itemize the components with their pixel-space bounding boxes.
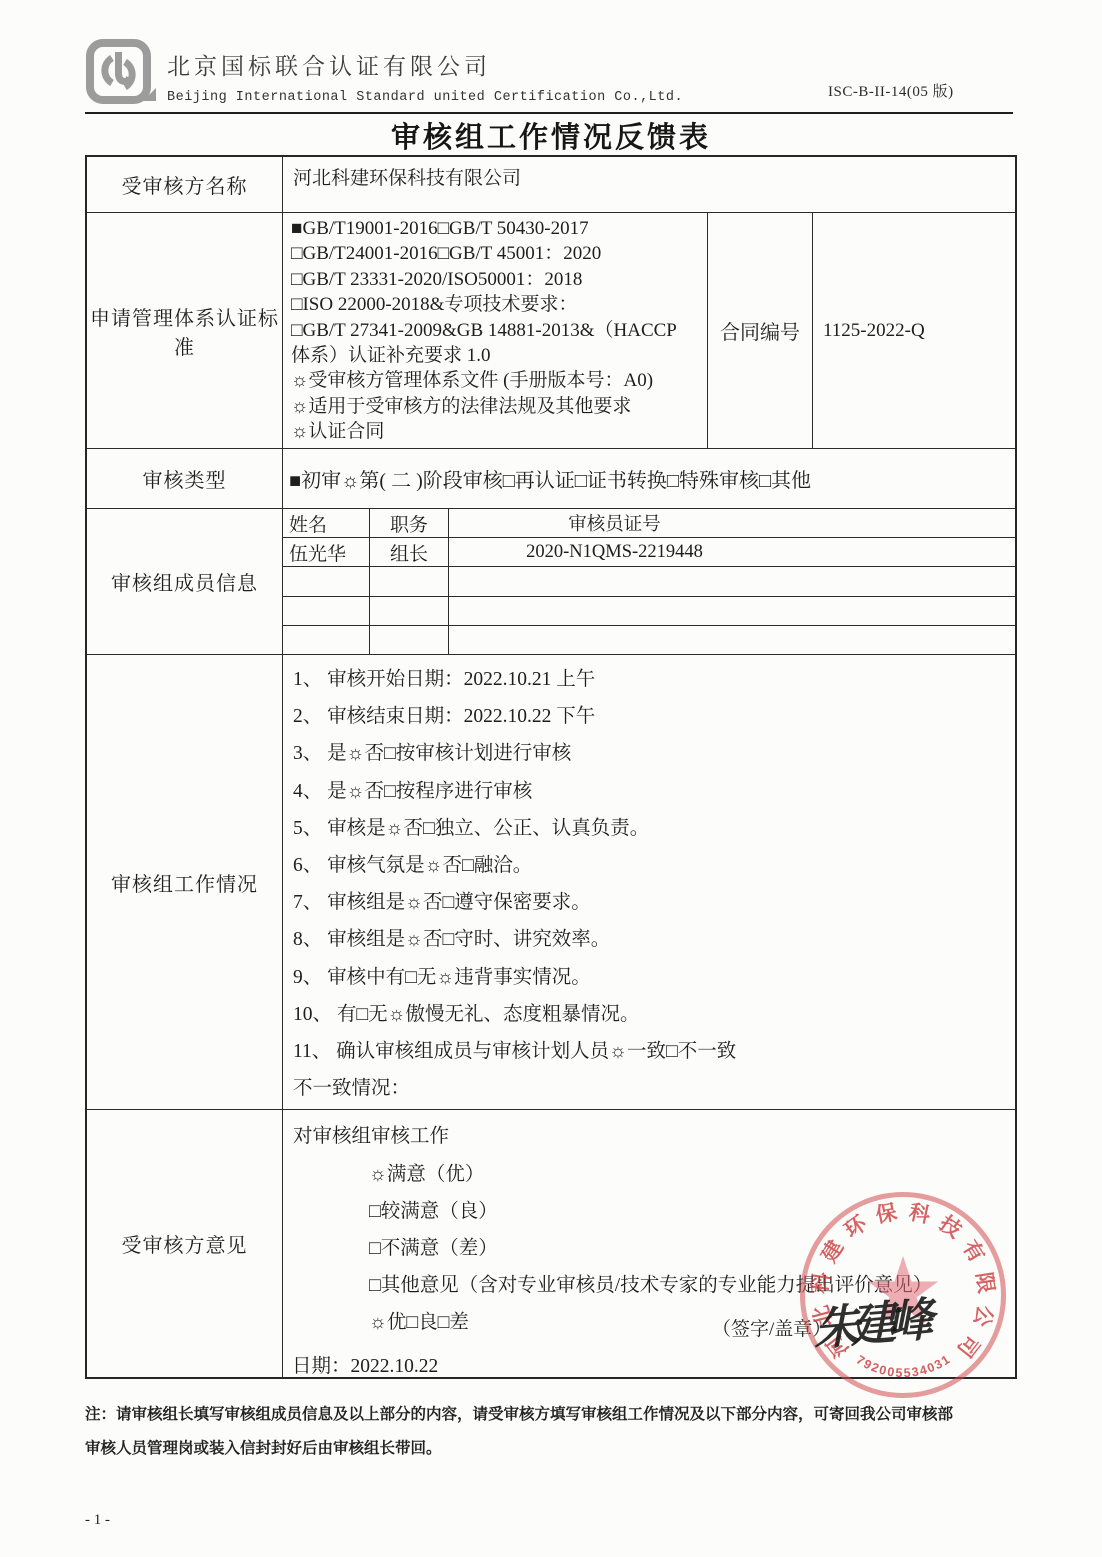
member-duty [370,597,449,625]
member-duty [370,567,449,595]
audit-type-label: 审核类型 [87,449,283,508]
member-cert [449,567,1015,595]
work-item: 3、 是☼否□按审核计划进行审核 [293,735,1015,772]
page-number: - 1 - [85,1512,110,1529]
work-item: 6、 审核气氛是☼否□融洽。 [293,847,1015,884]
standards-line: ☼认证合同 [291,419,707,444]
members-header-name: 姓名 [283,509,370,537]
member-name: 伍光华 [283,538,370,566]
standards-line: □GB/T 27341-2009&GB 14881-2013&（HACCP [291,318,707,343]
row-work: 审核组工作情况 1、 审核开始日期：2022.10.21 上午 2、 审核结束日… [87,654,1015,1109]
work-item: 8、 审核组是☼否□守时、讲究效率。 [293,921,1015,958]
page-title: 审核组工作情况反馈表 [0,115,1102,156]
company-name-en: Beijing International Standard united Ce… [167,90,683,105]
table-row [283,625,1015,654]
member-duty [370,626,449,654]
member-name [283,626,370,654]
members-label: 审核组成员信息 [87,509,283,654]
standards-line: ■GB/T19001-2016□GB/T 50430-2017 [291,216,707,241]
standards-line: □GB/T 23331-2020/ISO50001：2018 [291,267,707,292]
document-page: 北京国标联合认证有限公司 Beijing International Stand… [0,0,1102,1557]
opinion-heading: 对审核组审核工作 [283,1110,1015,1148]
members-header-row: 姓名 职务 审核员证号 [283,509,1015,537]
auditee-value: 河北科建环保科技有限公司 [283,157,1015,212]
opinion-option: ☼满意（优） [369,1156,1015,1193]
standards-list: ■GB/T19001-2016□GB/T 50430-2017 □GB/T240… [283,213,707,448]
header-rule [85,112,1013,114]
member-cert [449,597,1015,625]
certification-logo-icon [85,38,157,110]
work-item: 5、 审核是☼否□独立、公正、认真负责。 [293,810,1015,847]
members-table: 姓名 职务 审核员证号 伍光华 组长 2020-N1QMS-2219448 [283,509,1015,654]
members-header-cert: 审核员证号 [449,509,1015,537]
work-item: 1、 审核开始日期：2022.10.21 上午 [293,661,1015,698]
work-item: 不一致情况： [293,1070,1015,1107]
opinion-date: 日期：2022.10.22 [292,1350,438,1378]
work-item: 11、 确认审核组成员与审核计划人员☼一致□不一致 [293,1033,1015,1070]
footer-note-line: 注：请审核组长填写审核组成员信息及以上部分的内容，请受审核方填写审核组工作情况及… [85,1398,1035,1432]
standards-line: □ISO 22000-2018&专项技术要求： [291,292,707,317]
member-cert: 2020-N1QMS-2219448 [449,538,1015,566]
members-header-duty: 职务 [370,509,449,537]
contract-no-label: 合同编号 [707,213,812,448]
work-item: 9、 审核中有□无☼违背事实情况。 [293,959,1015,996]
footer-note: 注：请审核组长填写审核组成员信息及以上部分的内容，请受审核方填写审核组工作情况及… [85,1398,1035,1466]
work-item: 10、 有□无☼傲慢无礼、态度粗暴情况。 [293,996,1015,1033]
row-audit-type: 审核类型 ■初审☼第( 二 )阶段审核□再认证□证书转换□特殊审核□其他 [87,448,1015,508]
member-duty: 组长 [370,538,449,566]
work-item: 7、 审核组是☼否□遵守保密要求。 [293,884,1015,921]
row-members: 审核组成员信息 姓名 职务 审核员证号 伍光华 组长 2020-N1QMS-22… [87,508,1015,654]
row-standards: 申请管理体系认证标准 ■GB/T19001-2016□GB/T 50430-20… [87,212,1015,448]
standards-line: ☼适用于受审核方的法律法规及其他要求 [291,394,707,419]
row-auditee: 受审核方名称 河北科建环保科技有限公司 [87,157,1015,212]
table-row: 伍光华 组长 2020-N1QMS-2219448 [283,537,1015,566]
footer-note-line: 审核人员管理岗或装入信封封好后由审核组长带回。 [85,1432,1035,1466]
doc-code: ISC-B-II-14(05 版) [828,80,954,101]
work-label: 审核组工作情况 [87,655,283,1109]
member-cert [449,626,1015,654]
table-row [283,596,1015,625]
work-items: 1、 审核开始日期：2022.10.21 上午 2、 审核结束日期：2022.1… [283,655,1015,1109]
table-row [283,566,1015,595]
opinion-label: 受审核方意见 [87,1110,283,1377]
signature-handwriting: 朱建峰 [812,1282,936,1359]
standards-line: ☼受审核方管理体系文件 (手册版本号：A0) [291,368,707,393]
standards-line: 体系）认证补充要求 1.0 [291,343,707,368]
standards-line: □GB/T24001-2016□GB/T 45001：2020 [291,241,707,266]
work-item: 4、 是☼否□按程序进行审核 [293,773,1015,810]
auditee-label: 受审核方名称 [87,157,283,212]
member-name [283,567,370,595]
company-name-cn: 北京国标联合认证有限公司 [167,48,491,81]
standards-label: 申请管理体系认证标准 [87,213,283,448]
contract-no-value: 1125-2022-Q [812,213,1015,448]
work-item: 2、 审核结束日期：2022.10.22 下午 [293,698,1015,735]
member-name [283,597,370,625]
audit-type-value: ■初审☼第( 二 )阶段审核□再认证□证书转换□特殊审核□其他 [283,449,1015,508]
